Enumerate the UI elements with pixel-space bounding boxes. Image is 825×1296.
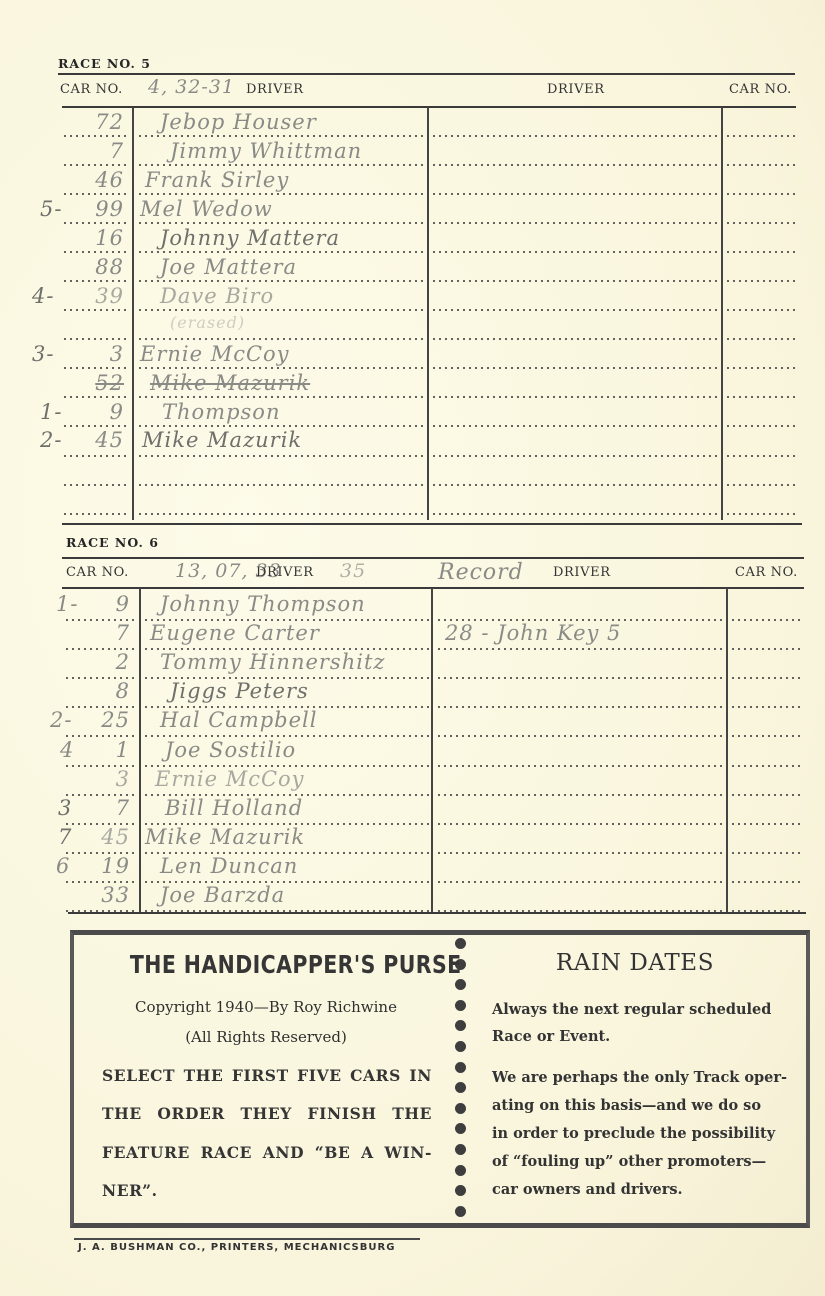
race-5-finish-mark: 3-: [32, 342, 54, 366]
race-6-car-number: 1: [80, 738, 130, 762]
race-6-driver-name: Ernie McCoy: [155, 767, 305, 791]
race-6-driver-name: Bill Holland: [165, 796, 303, 820]
race-6-car-number: 25: [80, 708, 130, 732]
race-6-col-divider: [431, 588, 433, 913]
race-5-car-number: 39: [72, 284, 124, 308]
race-5-finish-mark: 4-: [32, 284, 54, 308]
race-5-driver-name: Thompson: [162, 400, 280, 424]
purse-instruction-line: NER”.: [102, 1181, 432, 1200]
race-6-finish-mark: 4: [60, 738, 74, 762]
bullet-dot-icon: [455, 938, 466, 949]
race-6-car-no-header: CAR NO.: [66, 565, 129, 580]
race-5-driver-name: Frank Sirley: [145, 168, 289, 192]
race-5-col-divider: [132, 107, 134, 520]
race-6-finish-mark: 3: [58, 796, 72, 820]
race-6-record-annotation: Record: [438, 560, 524, 585]
race-5-driver-name: Dave Biro: [160, 284, 274, 308]
race-6-car-number: 33: [80, 883, 130, 907]
race-6-finish-mark: 7: [58, 825, 72, 849]
race-6-car-number: 8: [80, 679, 130, 703]
race-6-car-number: 9: [80, 592, 130, 616]
race-5-car-number: 88: [72, 255, 124, 279]
race-5-header-rule: [62, 106, 796, 108]
race-5-car-no-header: CAR NO.: [60, 82, 123, 97]
race-6-finish-mark: 1-: [56, 592, 78, 616]
purse-instruction-line: FEATURE RACE AND “BE A WIN-: [102, 1143, 432, 1162]
race-6-car-no-header-right: CAR NO.: [735, 565, 798, 580]
rain-text-line: car owners and drivers.: [492, 1181, 784, 1198]
race-6-car-number: 19: [80, 854, 130, 878]
rights-line: (All Rights Reserved): [100, 1028, 432, 1046]
race-6-bottom-rule: [68, 912, 806, 914]
race-6-header-annotation-2: 35: [340, 560, 366, 582]
race-5-erased-entry: (erased): [170, 313, 245, 332]
race-6-right-driver-entry: 28 - John Key 5: [445, 621, 621, 645]
race-5-bottom-rule: [62, 523, 802, 525]
race-6-car-number: 7: [80, 621, 130, 645]
race-5-car-number: 52: [72, 371, 124, 395]
purse-instruction-line: THE ORDER THEY FINISH THE: [102, 1104, 432, 1123]
bullet-dot-icon: [455, 979, 466, 990]
bullet-dot-icon: [455, 1144, 466, 1155]
race-5-car-number: 72: [72, 110, 124, 134]
rain-text-line: in order to preclude the possibility: [492, 1125, 784, 1142]
race-5-car-number: 16: [72, 226, 124, 250]
purse-instruction-line: SELECT THE FIRST FIVE CARS IN: [102, 1066, 432, 1085]
race-5-col-divider: [721, 107, 723, 520]
race-5-driver-name: Ernie McCoy: [140, 342, 290, 366]
rain-text-line: Always the next regular scheduled: [492, 1001, 784, 1018]
race-6-car-number: 45: [80, 825, 130, 849]
dot-separator-column: [453, 938, 467, 1226]
race-6-driver-name: Hal Campbell: [160, 708, 317, 732]
race-6-driver-name: Joe Sostilio: [165, 738, 296, 762]
rain-text-line: Race or Event.: [492, 1028, 784, 1045]
rain-text-line: We are perhaps the only Track oper-: [492, 1069, 784, 1086]
race-5-finish-mark: 5-: [40, 197, 62, 221]
race-6-car-number: 2: [80, 650, 130, 674]
bullet-dot-icon: [455, 1206, 466, 1217]
race-5-car-number: 7: [72, 139, 124, 163]
race-5-driver-name: Mel Wedow: [140, 197, 273, 221]
race-5-driver-name-struck: Mike Mazurik: [150, 371, 310, 395]
race-6-driver-name: Joe Barzda: [160, 883, 285, 907]
race-5-car-number: 45: [72, 428, 124, 452]
bullet-dot-icon: [455, 1185, 466, 1196]
race-6-driver-name: Len Duncan: [160, 854, 298, 878]
race-6-driver-name: Jiggs Peters: [170, 679, 309, 703]
race-5-title: RACE NO. 5: [58, 56, 151, 71]
bullet-dot-icon: [455, 1041, 466, 1052]
race-5-driver-name: Jebop Houser: [160, 110, 317, 134]
race-6-driver-name: Johnny Thompson: [160, 592, 366, 616]
race-6-top-rule: [62, 557, 804, 559]
race-6-driver-name: Mike Mazurik: [145, 825, 305, 849]
race-6-driver-header: DRIVER: [256, 565, 314, 580]
race-6-car-number: 7: [80, 796, 130, 820]
bullet-dot-icon: [455, 1123, 466, 1134]
race-6-title: RACE NO. 6: [66, 535, 159, 550]
race-5-driver-header: DRIVER: [246, 82, 304, 97]
race-6-header-rule: [62, 587, 804, 589]
race-5-driver-name: Jimmy Whittman: [170, 139, 362, 163]
bullet-dot-icon: [455, 1103, 466, 1114]
bullet-dot-icon: [455, 1020, 466, 1031]
race-5-driver-name: Johnny Mattera: [160, 226, 340, 250]
race-5-driver-name: Joe Mattera: [160, 255, 297, 279]
race-6-col-divider: [726, 588, 728, 913]
race-5-driver-header-right: DRIVER: [547, 82, 605, 97]
race-5-col-divider: [427, 107, 429, 520]
bullet-dot-icon: [455, 1062, 466, 1073]
copyright-line: Copyright 1940—By Roy Richwine: [100, 998, 432, 1016]
race-5-car-number: 99: [72, 197, 124, 221]
bullet-dot-icon: [455, 1000, 466, 1011]
bullet-dot-icon: [455, 1165, 466, 1176]
race-5-driver-name: Mike Mazurik: [142, 428, 302, 452]
handicappers-purse-title: THE HANDICAPPER'S PURSE: [130, 950, 402, 979]
rain-text-line: of “fouling up” other promoters—: [492, 1153, 784, 1170]
bullet-dot-icon: [455, 1082, 466, 1093]
race-6-car-number: 3: [80, 767, 130, 791]
race-6-driver-header-right: DRIVER: [553, 565, 611, 580]
race-5-finish-mark: 1-: [40, 400, 62, 424]
race-5-car-number: 3: [72, 342, 124, 366]
rain-text-line: ating on this basis—and we do so: [492, 1097, 784, 1114]
race-6-driver-name: Eugene Carter: [150, 621, 320, 645]
printer-credit: J. A. BUSHMAN CO., PRINTERS, MECHANICSBU…: [78, 1242, 395, 1253]
footer-rule: [74, 1238, 420, 1240]
race-5-car-number: 9: [72, 400, 124, 424]
race-6-finish-mark: 2-: [50, 708, 72, 732]
race-5-top-rule: [58, 73, 795, 75]
race-5-car-number: 46: [72, 168, 124, 192]
race-5-finish-mark: 2-: [40, 428, 62, 452]
race-5-header-annotation: 4, 32-31: [148, 76, 235, 98]
race-6-driver-name: Tommy Hinnershitz: [160, 650, 385, 674]
race-6-col-divider: [139, 588, 141, 913]
race-5-car-no-header-right: CAR NO.: [729, 82, 792, 97]
race-6-finish-mark: 6: [56, 854, 70, 878]
rain-dates-title: RAIN DATES: [470, 950, 800, 976]
